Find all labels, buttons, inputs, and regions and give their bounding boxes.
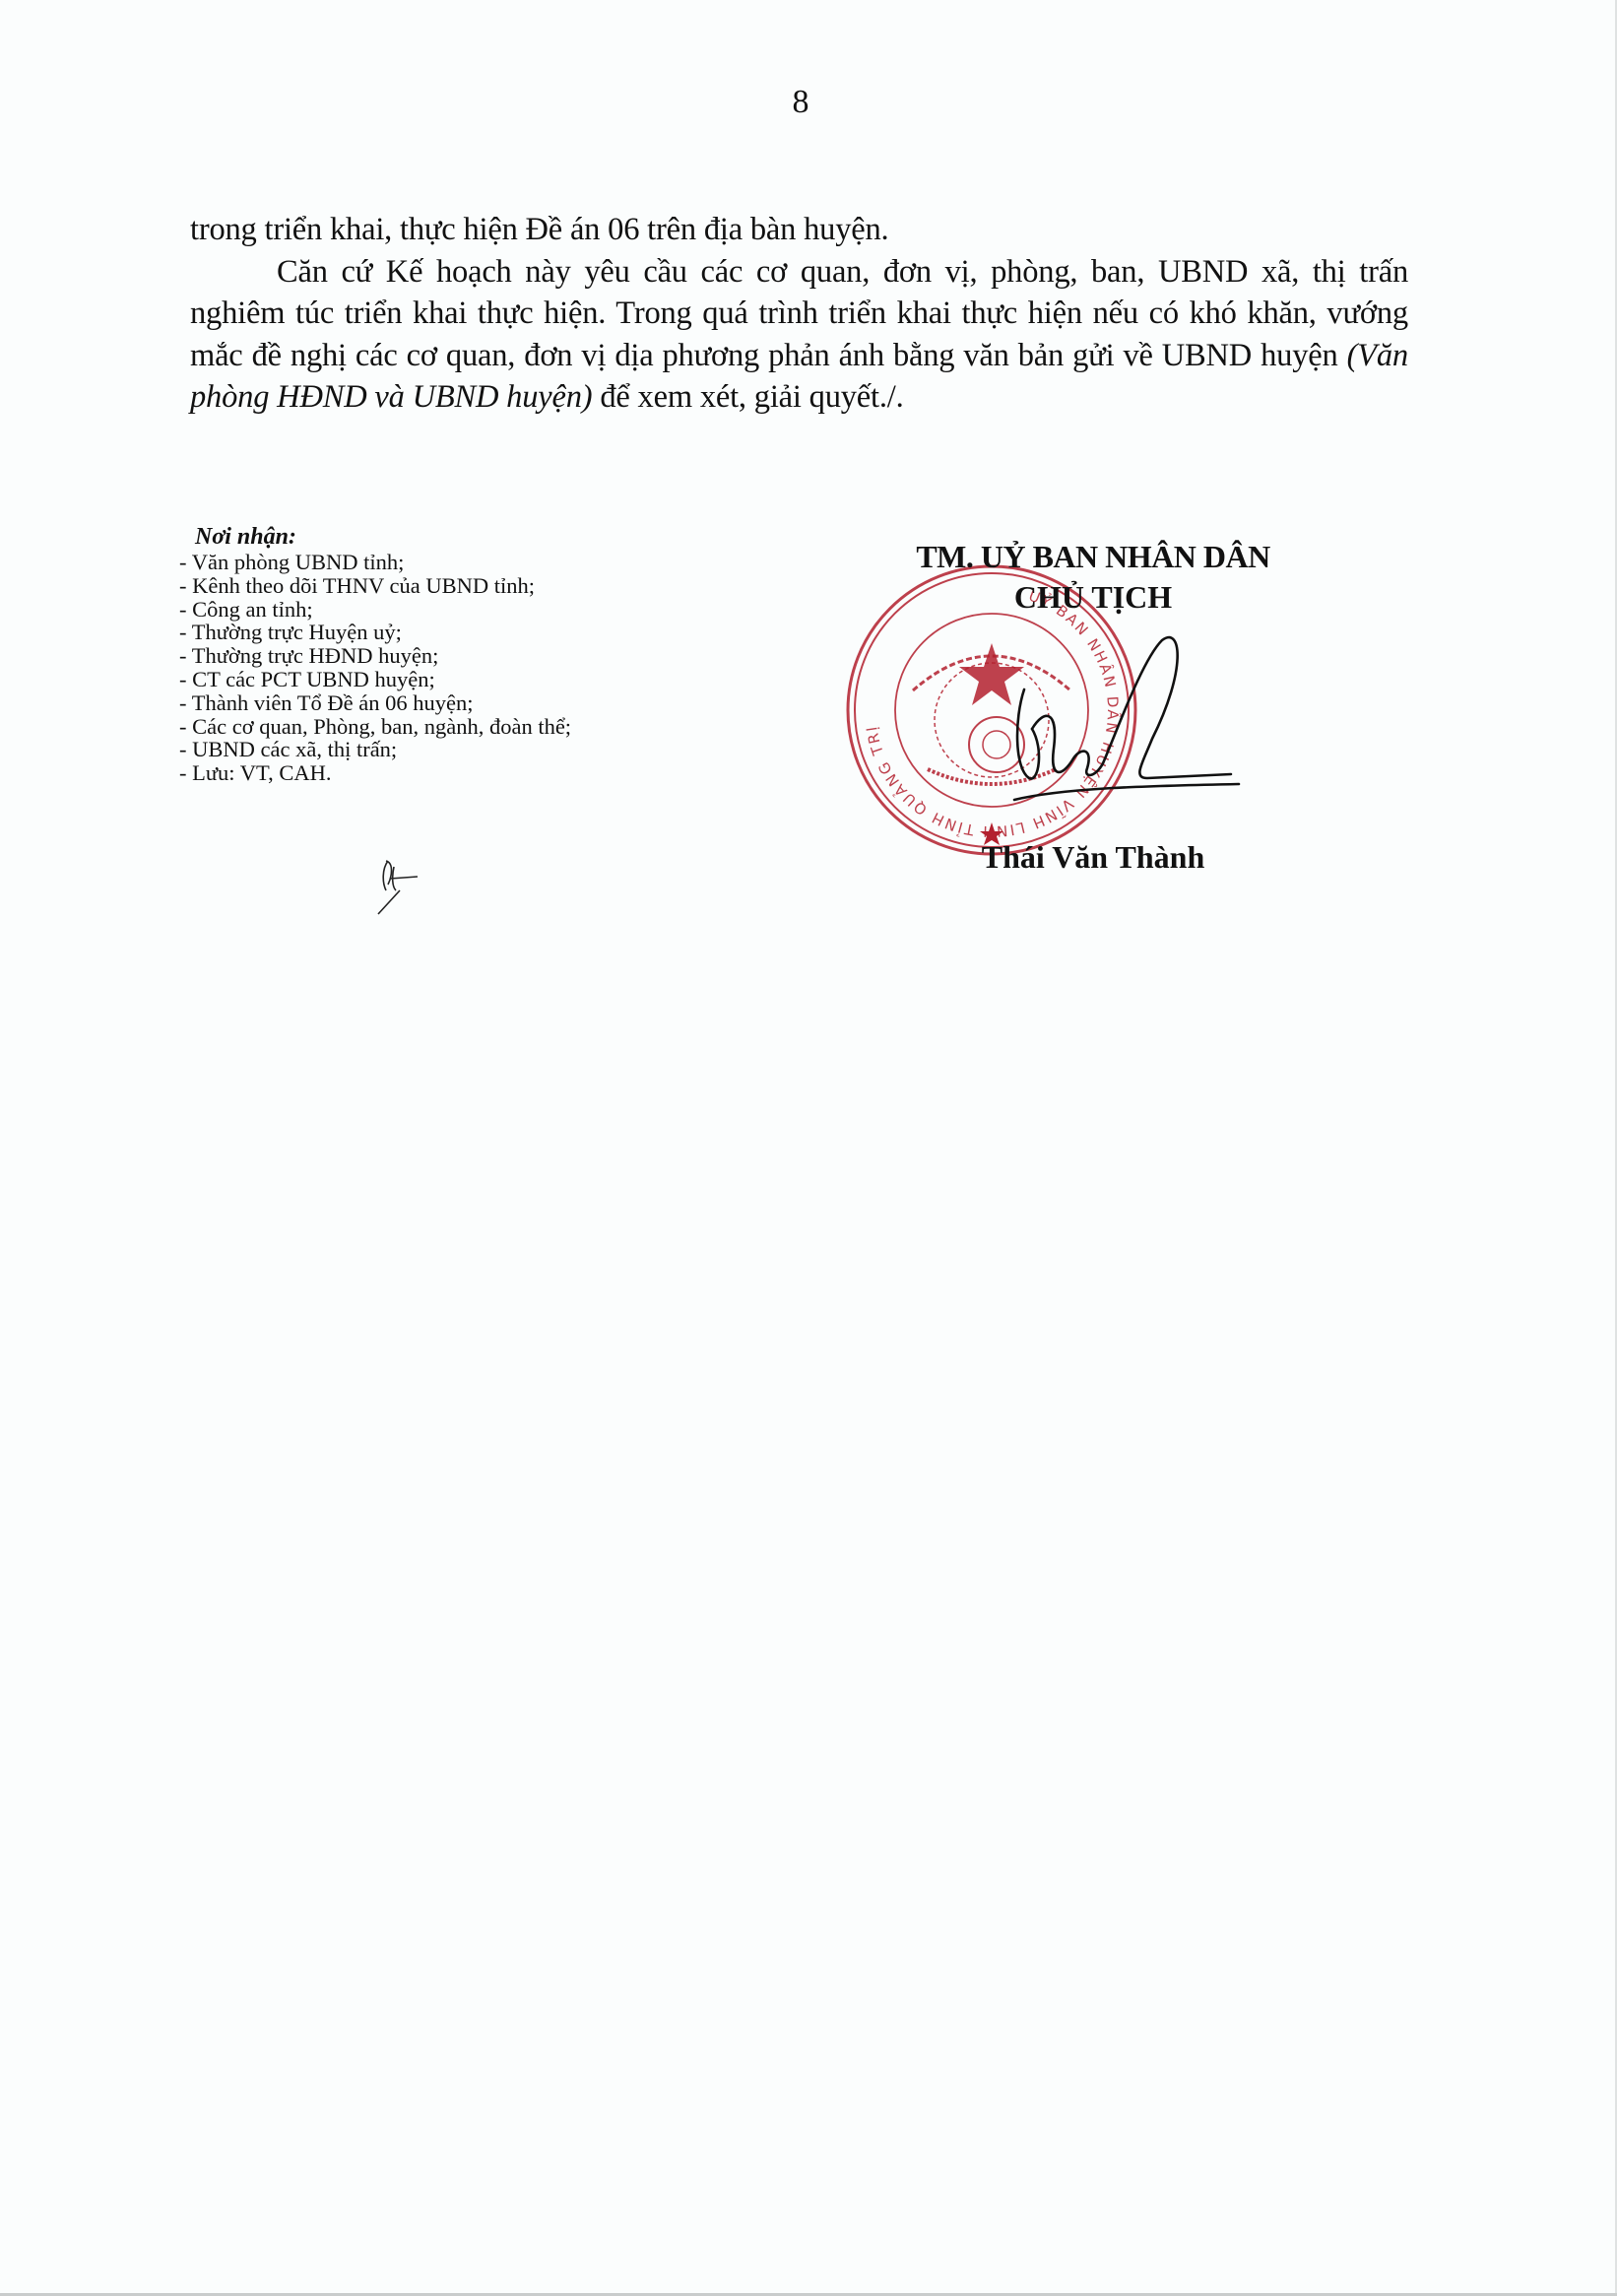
recipient-item: - CT các PCT UBND huyện; [179,668,731,691]
signatory-title: CHỦ TỊCH [867,577,1320,618]
signer-name: Thái Văn Thành [867,837,1320,877]
signature-block: TM. UỶ BAN NHÂN DÂN CHỦ TỊCH [867,537,1320,618]
recipients-heading: Nơi nhận: [179,523,731,551]
recipients-list: - Văn phòng UBND tỉnh; - Kênh theo dõi T… [179,551,731,785]
recipient-item: - Lưu: VT, CAH. [179,761,731,785]
page-number: 8 [0,83,1601,122]
paragraph-continuation: trong triển khai, thực hiện Đề án 06 trê… [190,209,1408,251]
paragraph-text: Căn cứ Kế hoạch này yêu cầu các cơ quan,… [190,254,1408,373]
handwritten-signature-icon [985,630,1241,808]
recipient-item: - Công an tỉnh; [179,598,731,622]
document-body: trong triển khai, thực hiện Đề án 06 trê… [190,209,1408,419]
recipients-block: Nơi nhận: - Văn phòng UBND tỉnh; - Kênh … [179,523,731,785]
recipient-item: - Thành viên Tổ Đề án 06 huyện; [179,691,731,715]
recipient-item: - Thường trực HĐND huyện; [179,644,731,668]
paragraph-text: để xem xét, giải quyết./. [592,379,903,415]
recipient-item: - Văn phòng UBND tỉnh; [179,551,731,574]
recipient-item: - UBND các xã, thị trấn; [179,738,731,761]
initials-mark-icon [374,857,423,916]
recipient-item: - Thường trực Huyện uỷ; [179,621,731,644]
paragraph-closing: Căn cứ Kế hoạch này yêu cầu các cơ quan,… [190,251,1408,419]
signatory-organization: TM. UỶ BAN NHÂN DÂN [867,537,1320,577]
recipient-item: - Các cơ quan, Phòng, ban, ngành, đoàn t… [179,715,731,739]
recipient-item: - Kênh theo dõi THNV của UBND tỉnh; [179,574,731,598]
